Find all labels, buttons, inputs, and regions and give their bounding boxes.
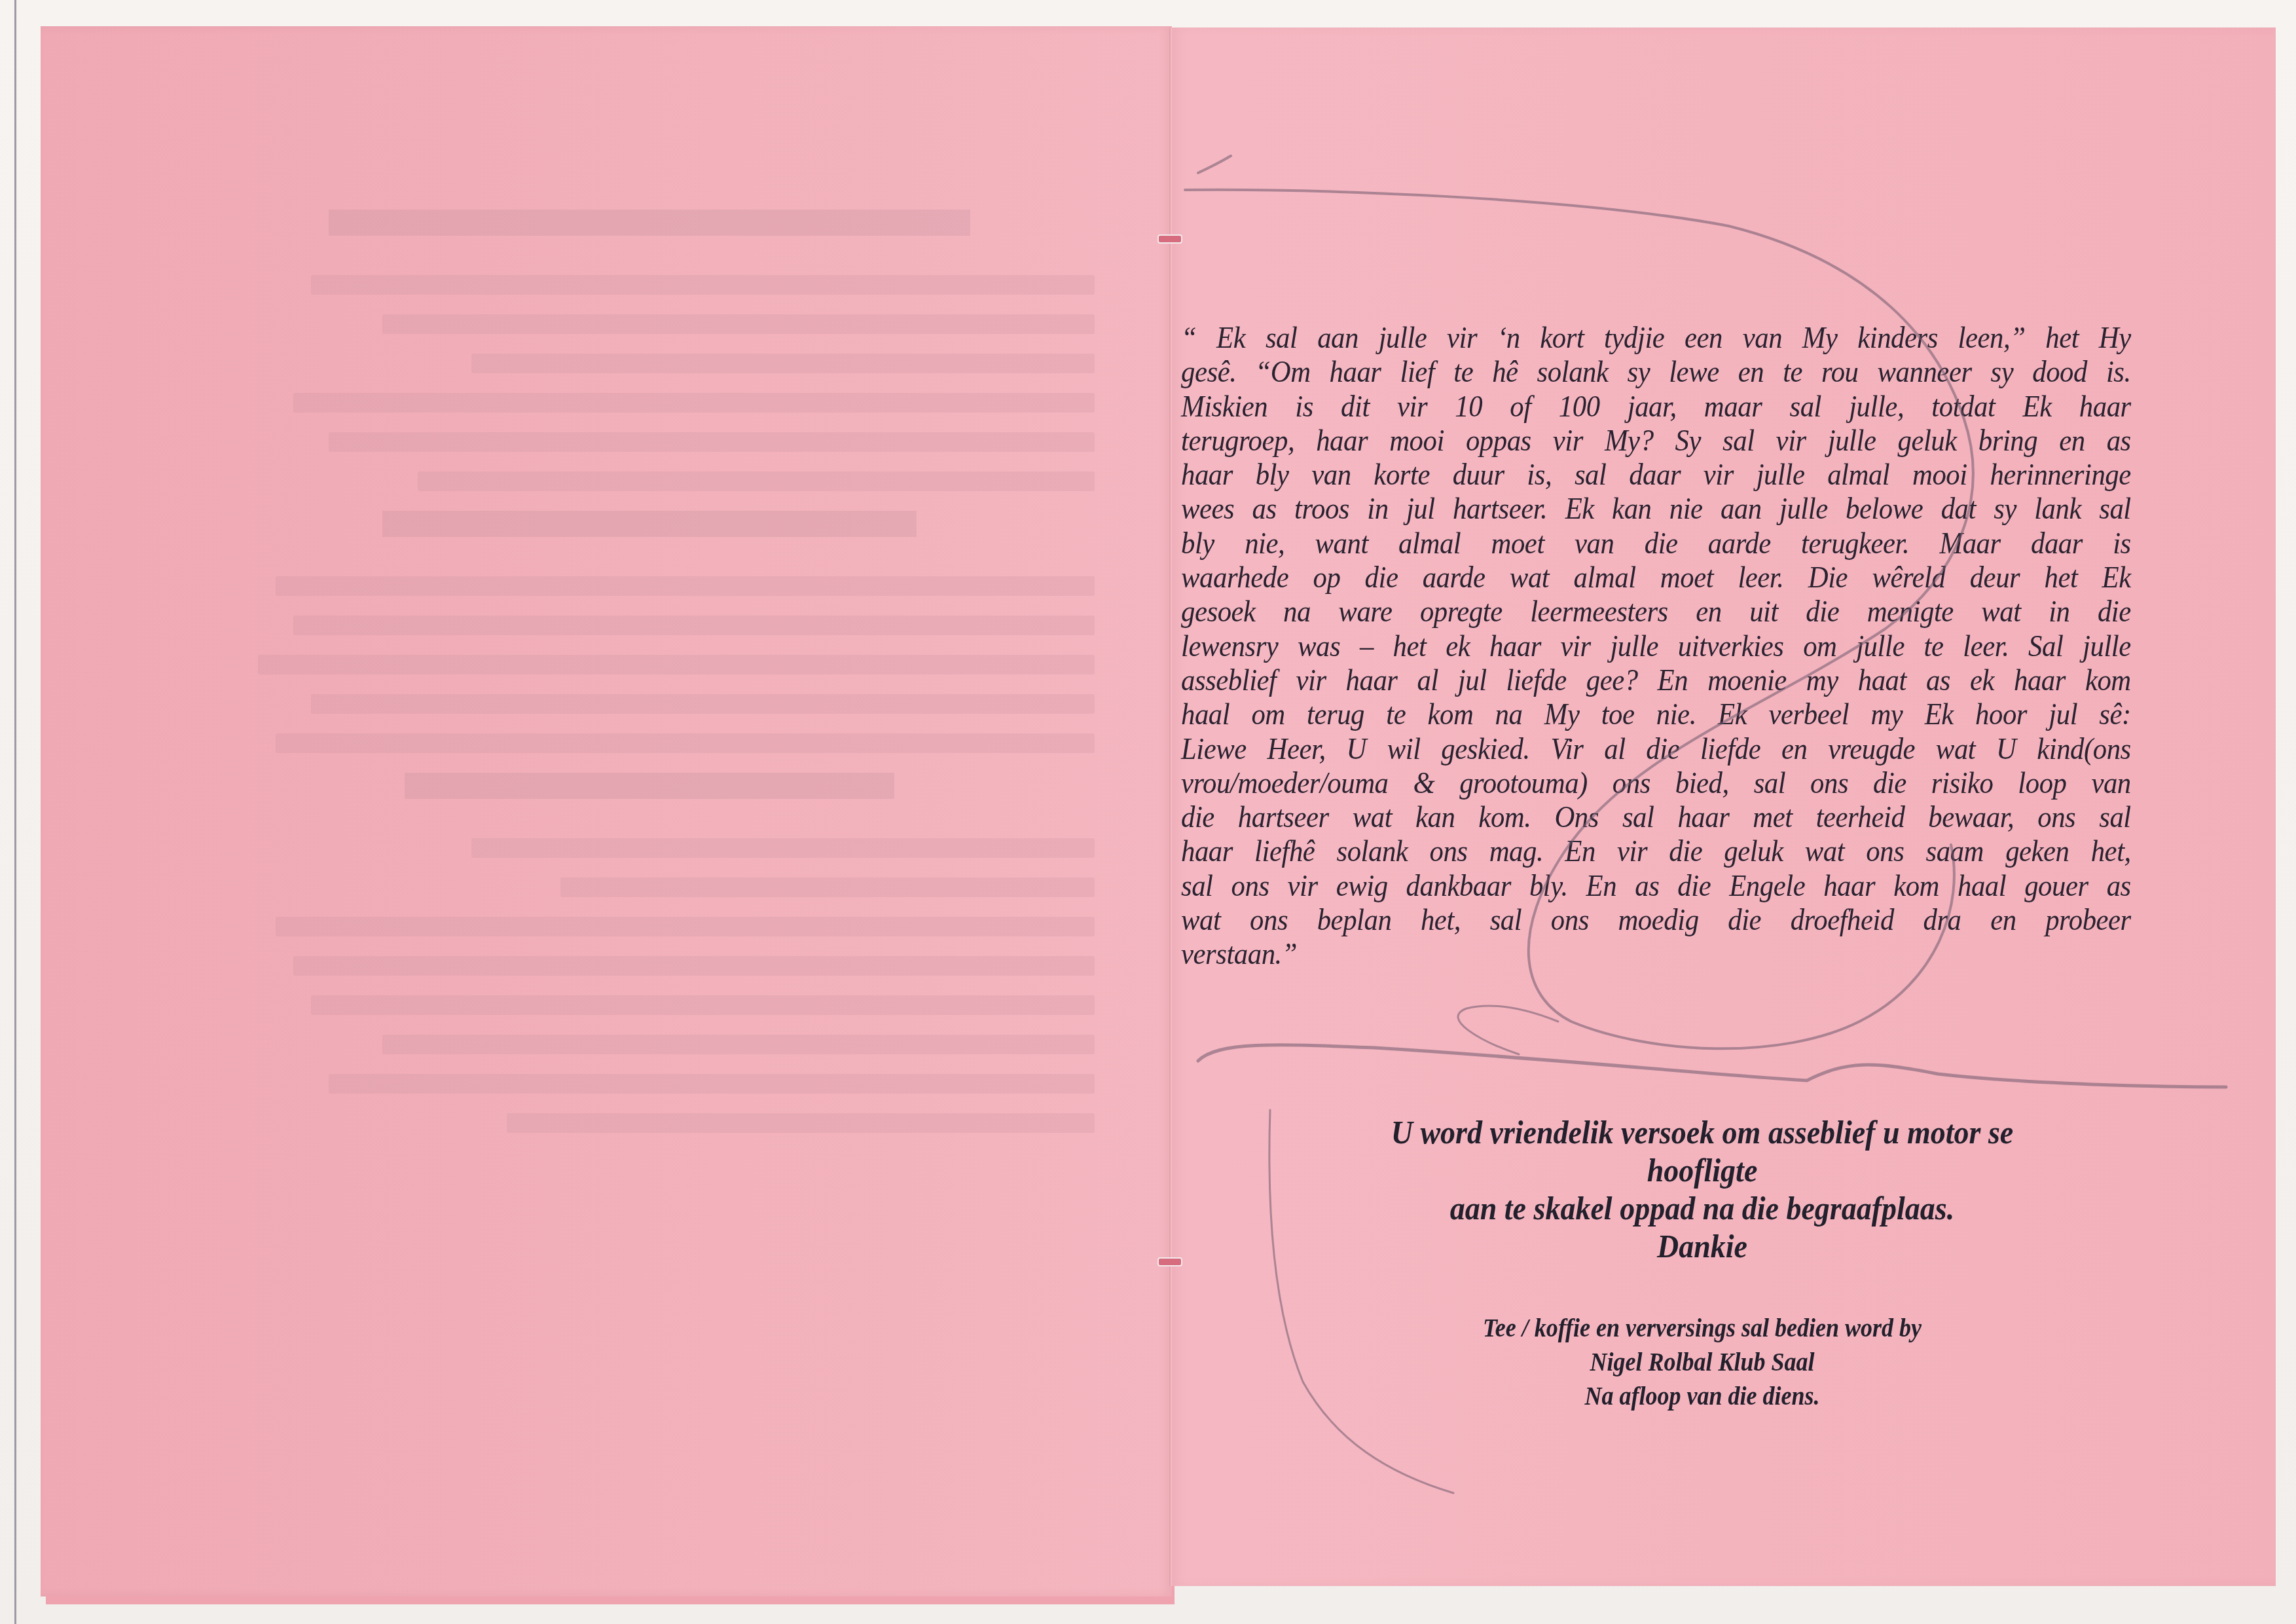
poem-line: Miskien is dit vir 10 of 100 jaar, maar …	[1181, 390, 2131, 424]
left-page	[41, 26, 1172, 1596]
notice-block: U word vriendelik versoek om asseblief u…	[1244, 1113, 2160, 1413]
refreshments-line-3: Na afloop van die diens.	[1290, 1379, 2115, 1413]
poem-line: wees as troos in jul hartseer. Ek kan ni…	[1181, 492, 2131, 526]
poem-line: Liewe Heer, U wil geskied. Vir al die li…	[1181, 732, 2131, 766]
poem-line: gesoek na ware opregte leermeesters en u…	[1181, 595, 2131, 629]
poem-line: haar bly van korte duur is, sal daar vir…	[1181, 458, 2131, 492]
poem-text: “ Ek sal aan julle vir ‘n kort tydjie ee…	[1181, 321, 2131, 972]
poem-line: vrou/moeder/ouma & grootouma) ons bied, …	[1181, 766, 2131, 800]
poem-line: lewensry was – het ek haar vir julle uit…	[1181, 629, 2131, 663]
poem-line: “ Ek sal aan julle vir ‘n kort tydjie ee…	[1181, 321, 2131, 355]
headlights-request-line-2: hoofligte	[1281, 1151, 2124, 1189]
refreshments-venue: Nigel Rolbal Klub Saal	[1290, 1345, 2115, 1379]
headlights-request-line-1: U word vriendelik versoek om asseblief u…	[1281, 1113, 2124, 1151]
poem-line: gesê. “Om haar lief te hê solank sy lewe…	[1181, 355, 2131, 389]
bleed-through-text	[204, 196, 1095, 1441]
booklet-spine	[1169, 28, 1172, 1586]
poem-line: haal om terug te kom na My toe nie. Ek v…	[1181, 697, 2131, 731]
scan-edge-line	[14, 0, 16, 1624]
poem-line: waarhede op die aarde wat almal moet lee…	[1181, 561, 2131, 595]
poem-line: sal ons vir ewig dankbaar bly. En as die…	[1181, 869, 2131, 903]
poem-line: bly nie, want almal moet van die aarde t…	[1181, 526, 2131, 561]
headlights-request-line-3: aan te skakel oppad na die begraafplaas.	[1281, 1189, 2124, 1227]
poem-line: terugroep, haar mooi oppas vir My? Sy sa…	[1181, 424, 2131, 458]
poem-line: haar liefhê solank ons mag. En vir die g…	[1181, 834, 2131, 868]
refreshments-line-1: Tee / koffie en verversings sal bedien w…	[1290, 1311, 2115, 1345]
staple-top	[1157, 234, 1182, 244]
staple-bottom	[1157, 1257, 1182, 1266]
thanks-text: Dankie	[1281, 1227, 2124, 1265]
poem-line: asseblief vir haar al jul liefde gee? En…	[1181, 663, 2131, 697]
poem-line: die hartseer wat kan kom. Ons sal haar m…	[1181, 800, 2131, 834]
poem-line: wat ons beplan het, sal ons moedig die d…	[1181, 903, 2131, 937]
poem-line: verstaan.”	[1181, 937, 2131, 971]
